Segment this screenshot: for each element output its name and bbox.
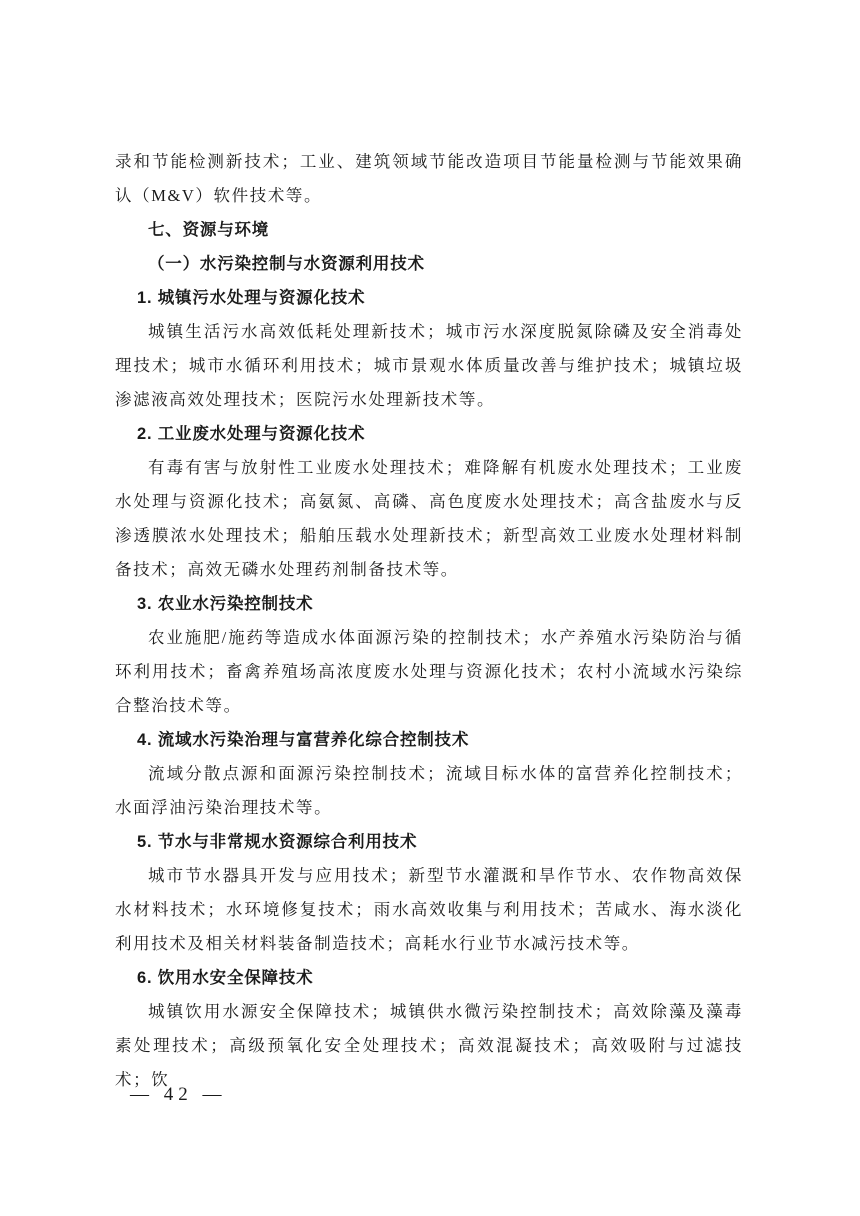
item-heading-2-industrial-wastewater: 2. 工业废水处理与资源化技术	[115, 417, 743, 451]
item-heading-6-drinking-water-safety: 6. 饮用水安全保障技术	[115, 961, 743, 995]
item-heading-5-water-saving: 5. 节水与非常规水资源综合利用技术	[115, 825, 743, 859]
paragraph-item-5: 城市节水器具开发与应用技术；新型节水灌溉和旱作节水、农作物高效保水材料技术；水环…	[115, 859, 743, 961]
page-number: — 42 —	[130, 1084, 227, 1106]
subsection-heading-water-pollution-control: （一）水污染控制与水资源利用技术	[115, 247, 743, 281]
paragraph-item-6: 城镇饮用水源安全保障技术；城镇供水微污染控制技术；高效除藻及藻毒素处理技术；高级…	[115, 995, 743, 1097]
document-content: 录和节能检测新技术；工业、建筑领域节能改造项目节能量检测与节能效果确认（M&V）…	[115, 145, 743, 1097]
item-heading-3-agricultural-water-pollution: 3. 农业水污染控制技术	[115, 587, 743, 621]
paragraph-item-1: 城镇生活污水高效低耗处理新技术；城市污水深度脱氮除磷及安全消毒处理技术；城市水循…	[115, 315, 743, 417]
paragraph-item-2: 有毒有害与放射性工业废水处理技术；难降解有机废水处理技术；工业废水处理与资源化技…	[115, 451, 743, 587]
paragraph-item-3: 农业施肥/施药等造成水体面源污染的控制技术；水产养殖水污染防治与循环利用技术；畜…	[115, 621, 743, 723]
paragraph-continuation: 录和节能检测新技术；工业、建筑领域节能改造项目节能量检测与节能效果确认（M&V）…	[115, 145, 743, 213]
document-page: 录和节能检测新技术；工业、建筑领域节能改造项目节能量检测与节能效果确认（M&V）…	[0, 0, 860, 1216]
item-heading-4-watershed-pollution: 4. 流域水污染治理与富营养化综合控制技术	[115, 723, 743, 757]
section-heading-resources-environment: 七、资源与环境	[115, 213, 743, 247]
item-heading-1-urban-sewage: 1. 城镇污水处理与资源化技术	[115, 281, 743, 315]
paragraph-item-4: 流域分散点源和面源污染控制技术；流域目标水体的富营养化控制技术；水面浮油污染治理…	[115, 757, 743, 825]
